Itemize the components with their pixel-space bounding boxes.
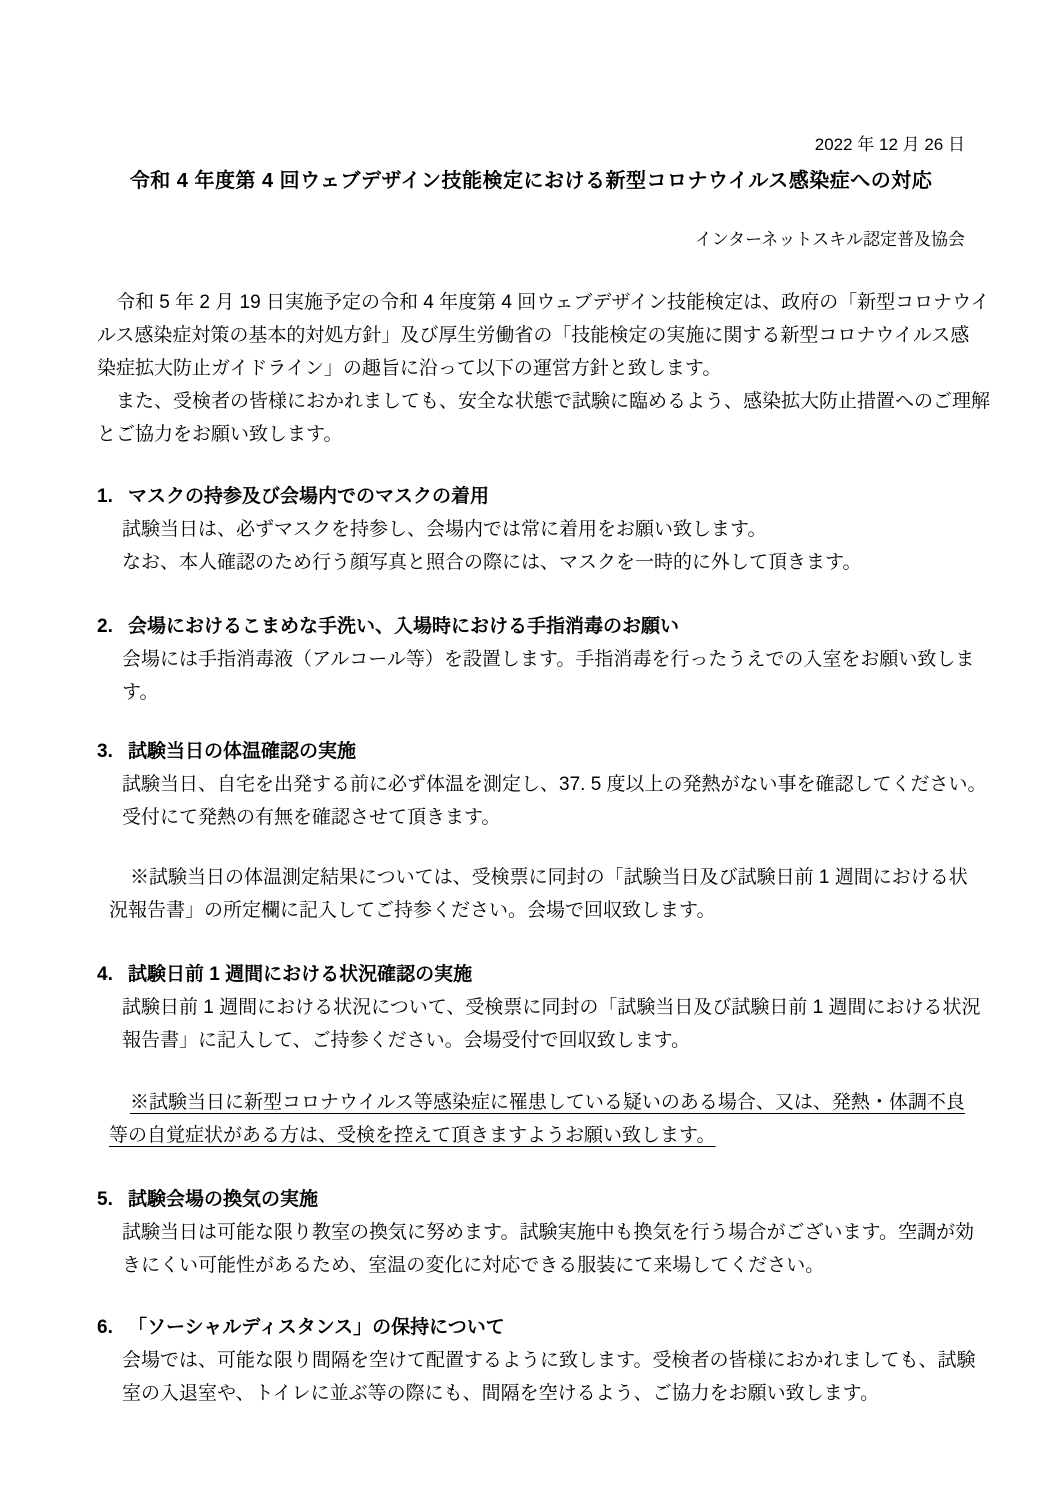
item-4-body: 試験日前 1 週間における状況について、受検票に同封の「試験当日及び試験日前 1… (97, 991, 965, 1057)
list-item-4: 4. 試験日前 1 週間における状況確認の実施 試験日前 1 週間における状況に… (97, 958, 965, 1152)
item-2-number: 2. (97, 610, 113, 643)
item-4-note-underlined: ※試験当日に新型コロナウイルス等感染症に罹患している疑いのある場合、又は、発熱・… (97, 1086, 965, 1152)
item-3-number: 3. (97, 735, 113, 768)
item-5-number: 5. (97, 1183, 113, 1216)
list-item-3: 3. 試験当日の体温確認の実施 試験当日、自宅を出発する前に必ず体温を測定し、3… (97, 735, 965, 927)
item-1-heading: マスクの持参及び会場内でのマスクの着用 (97, 480, 965, 513)
organization-name: インターネットスキル認定普及協会 (97, 223, 965, 256)
document-date: 2022 年 12 月 26 日 (97, 128, 965, 161)
item-1-body: 試験当日は、必ずマスクを持参し、会場内では常に着用をお願い致します。 なお、本人… (97, 513, 965, 579)
item-6-number: 6. (97, 1311, 113, 1344)
item-2-body: 会場には手指消毒液（アルコール等）を設置します。手指消毒を行ったうえでの入室をお… (97, 643, 965, 709)
document-title: 令和 4 年度第 4 回ウェブデザイン技能検定における新型コロナウイルス感染症へ… (97, 165, 965, 198)
item-2-heading: 会場におけるこまめな手洗い、入場時における手指消毒のお願い (97, 610, 965, 643)
item-3-heading: 試験当日の体温確認の実施 (97, 735, 965, 768)
document-page: 2022 年 12 月 26 日 令和 4 年度第 4 回ウェブデザイン技能検定… (0, 0, 1058, 1497)
list-item-5: 5. 試験会場の換気の実施 試験当日は可能な限り教室の換気に努めます。試験実施中… (97, 1183, 965, 1282)
item-6-heading: 「ソーシャルディスタンス」の保持について (97, 1311, 965, 1344)
intro-paragraph-2: また、受検者の皆様におかれましても、安全な状態で試験に臨めるよう、感染拡大防止措… (97, 385, 965, 451)
document-content: 2022 年 12 月 26 日 令和 4 年度第 4 回ウェブデザイン技能検定… (0, 0, 1058, 1497)
list-item-2: 2. 会場におけるこまめな手洗い、入場時における手指消毒のお願い 会場には手指消… (97, 610, 965, 709)
item-1-number: 1. (97, 480, 113, 513)
item-3-body: 試験当日、自宅を出発する前に必ず体温を測定し、37. 5 度以上の発熱がない事を… (97, 768, 965, 834)
item-3-note: ※試験当日の体温測定結果については、受検票に同封の「試験当日及び試験日前 1 週… (97, 861, 965, 927)
item-5-heading: 試験会場の換気の実施 (97, 1183, 965, 1216)
item-5-body: 試験当日は可能な限り教室の換気に努めます。試験実施中も換気を行う場合がございます… (97, 1216, 965, 1282)
list-item-1: 1. マスクの持参及び会場内でのマスクの着用 試験当日は、必ずマスクを持参し、会… (97, 480, 965, 579)
item-4-number: 4. (97, 958, 113, 991)
item-6-body: 会場では、可能な限り間隔を空けて配置するように致します。受検者の皆様におかれまし… (97, 1344, 965, 1410)
list-item-6: 6. 「ソーシャルディスタンス」の保持について 会場では、可能な限り間隔を空けて… (97, 1311, 965, 1410)
intro-paragraph-1: 令和 5 年 2 月 19 日実施予定の令和 4 年度第 4 回ウェブデザイン技… (97, 286, 965, 385)
item-4-heading: 試験日前 1 週間における状況確認の実施 (97, 958, 965, 991)
